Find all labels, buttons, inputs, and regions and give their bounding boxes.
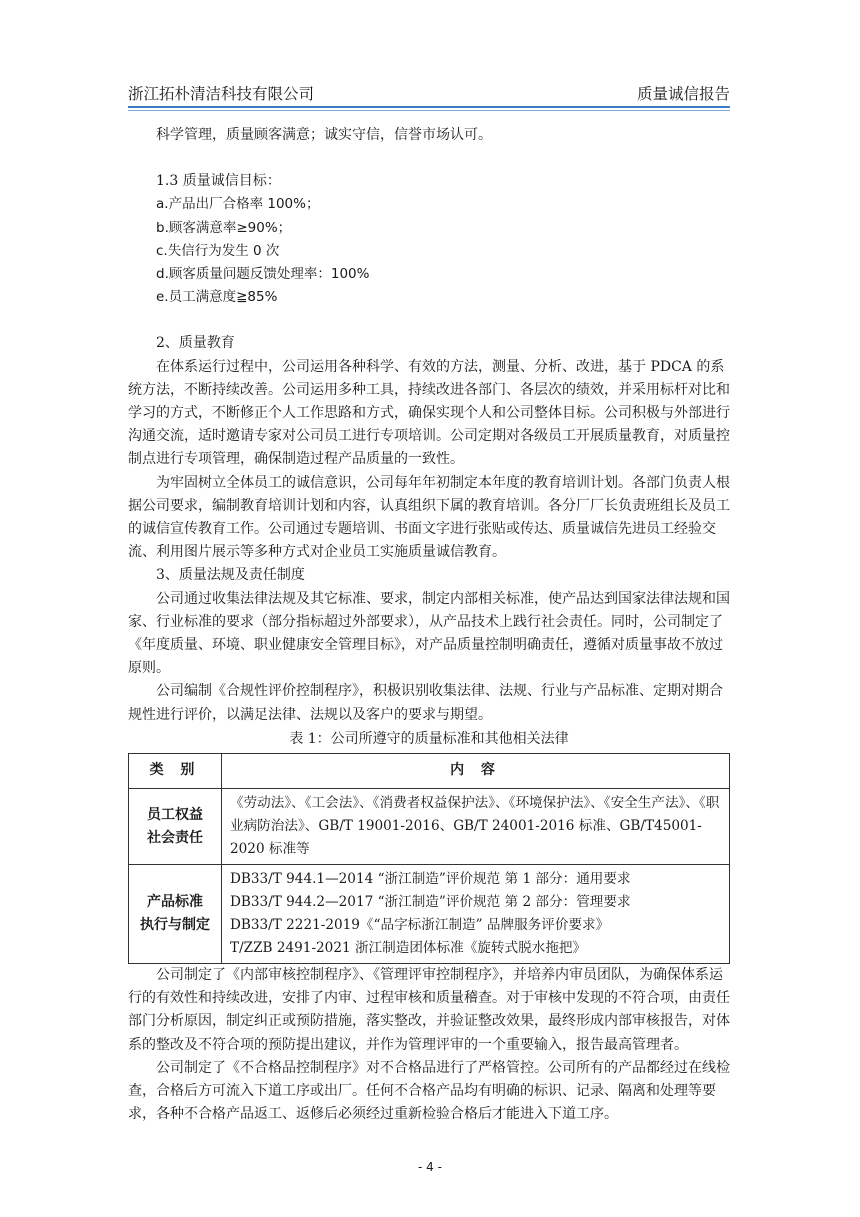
goal-item: d.顾客质量问题反馈处理率：100% [128,263,730,286]
category-line: 执行与制定 [130,914,220,937]
content-cell: DB33/T 944.1—2014 “浙江制造”评价规范 第 1 部分：通用要求… [222,865,730,964]
company-name: 浙江拓朴清洁科技有限公司 [128,82,314,104]
category-line: 社会责任 [130,827,220,850]
standard-line: T/ZZB 2491-2021 浙江制造团体标准《旋转式脱水拖把》 [230,937,721,960]
header-rule [128,106,730,108]
goals-title: 1.3 质量诚信目标： [128,170,730,193]
category-cell: 员工权益 社会责任 [129,789,222,865]
closing-paragraph: 公司制定了《内部审核控制程序》、《管理评审控制程序》，并培养内审员团队，为确保体… [128,964,730,1057]
standards-table: 类 别 内 容 员工权益 社会责任 《劳动法》、《工会法》、《消费者权益保护法》… [128,753,730,964]
standard-line: DB33/T 944.2—2017 “浙江制造”评价规范 第 2 部分：管理要求 [230,891,721,914]
standard-line: DB33/T 2221-2019《“品字标浙江制造” 品牌服务评价要求》 [230,914,721,937]
section-2-title: 2、质量教育 [128,332,730,355]
document-page: 浙江拓朴清洁科技有限公司 质量诚信报告 科学管理，质量顾客满意；诚实守信，信誉市… [0,0,860,1217]
goal-item: b.顾客满意率≥90%； [128,217,730,240]
section-3-title: 3、质量法规及责任制度 [128,564,730,587]
header-rule-thin [128,110,730,111]
content-cell: 《劳动法》、《工会法》、《消费者权益保护法》、《环境保护法》、《安全生产法》、《… [222,789,730,865]
report-title: 质量诚信报告 [637,82,730,104]
page-number: - 4 - [0,1160,860,1174]
closing-paragraph: 公司制定了《不合格品控制程序》对不合格品进行了严格管控。公司所有的产品都经过在线… [128,1057,730,1127]
category-line: 员工权益 [130,804,220,827]
table-row: 产品标准 执行与制定 DB33/T 944.1—2014 “浙江制造”评价规范 … [129,865,730,964]
table-header-row: 类 别 内 容 [129,754,730,789]
section-2-paragraph: 为牢固树立全体员工的诚信意识，公司每年年初制定本年度的教育培训计划。各部门负责人… [128,472,730,565]
column-header-category: 类 别 [129,754,222,789]
section-3-paragraph: 公司通过收集法律法规及其它标准、要求，制定内部相关标准，使产品达到国家法律法规和… [128,588,730,681]
section-2-paragraph: 在体系运行过程中，公司运用各种科学、有效的方法，测量、分析、改进，基于 PDCA… [128,356,730,472]
goal-item: e.员工满意度≧85% [128,286,730,309]
goal-item: a.产品出厂合格率 100%； [128,193,730,216]
intro-line: 科学管理，质量顾客满意；诚实守信，信誉市场认可。 [128,124,730,147]
page-body: 科学管理，质量顾客满意；诚实守信，信誉市场认可。 1.3 质量诚信目标： a.产… [128,124,730,1127]
page-header: 浙江拓朴清洁科技有限公司 质量诚信报告 [128,80,730,106]
category-cell: 产品标准 执行与制定 [129,865,222,964]
section-3-paragraph: 公司编制《合规性评价控制程序》，积极识别收集法律、法规、行业与产品标准、定期对期… [128,680,730,726]
category-line: 产品标准 [130,891,220,914]
table-caption: 表 1：公司所遵守的质量标准和其他相关法律 [128,728,730,751]
standard-line: DB33/T 944.1—2014 “浙江制造”评价规范 第 1 部分：通用要求 [230,868,721,891]
column-header-content: 内 容 [222,754,730,789]
goal-item: c.失信行为发生 0 次 [128,240,730,263]
table-row: 员工权益 社会责任 《劳动法》、《工会法》、《消费者权益保护法》、《环境保护法》… [129,789,730,865]
